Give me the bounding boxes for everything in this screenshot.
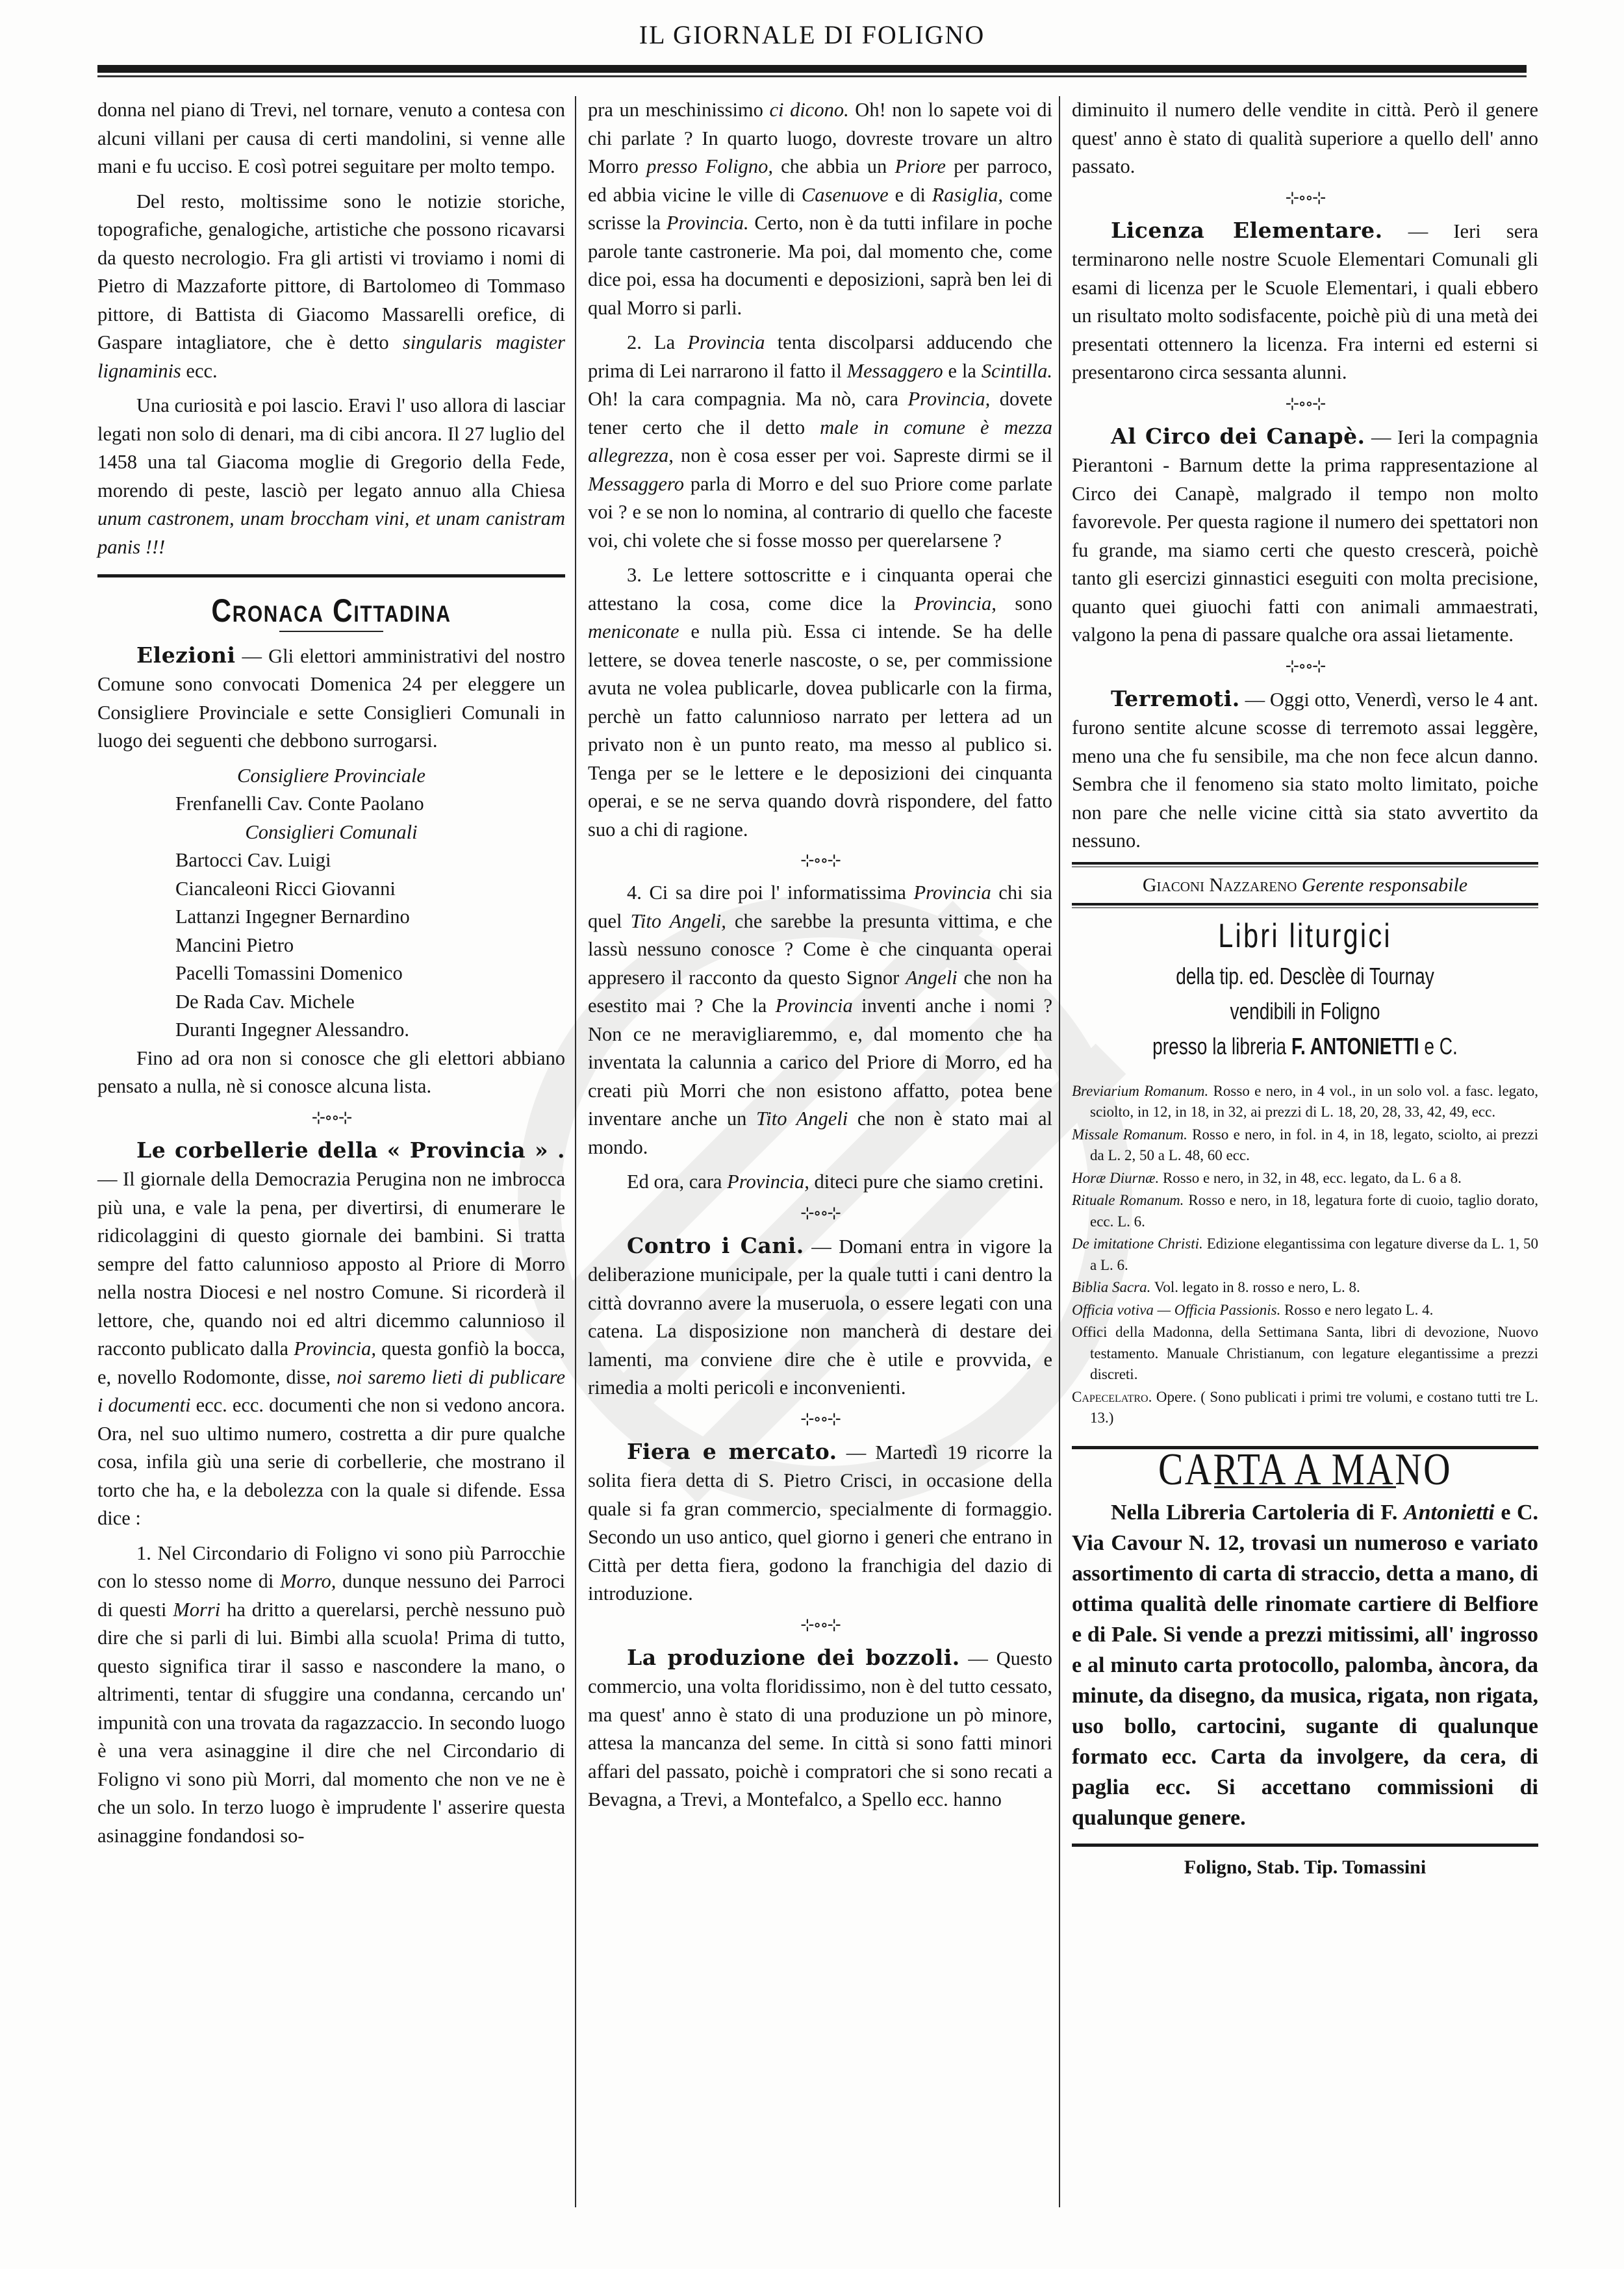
list-item: Breviarium Romanum. Rosso e nero, in 4 v…	[1072, 1081, 1538, 1123]
ornament-divider-icon: ⊹∘∘⊹	[588, 1409, 1052, 1430]
ornament-divider-icon: ⊹∘∘⊹	[588, 850, 1052, 871]
list-item: Ciancaleoni Ricci Giovanni	[175, 875, 565, 904]
paragraph: 1. Nel Circondario di Foligno vi sono pi…	[97, 1540, 565, 1851]
list-item: De imitatione Christi. Edizione eleganti…	[1072, 1234, 1538, 1276]
ornament-divider-icon: ⊹∘∘⊹	[97, 1108, 565, 1128]
paragraph: diminuito il numero delle vendite in cit…	[1072, 96, 1538, 181]
list-item: Frenfanelli Cav. Conte Paolano	[175, 790, 565, 818]
paragraph: 3. Le lettere sottoscritte e i cinquanta…	[588, 561, 1052, 844]
list-item: Offici della Madonna, della Settimana Sa…	[1072, 1322, 1538, 1386]
article-heading: Fiera e mercato.	[627, 1439, 837, 1464]
list-item: De Rada Cav. Michele	[175, 988, 565, 1017]
ad-libri-subtitle: presso la libreria F. ANTONIETTI e C.	[1123, 1029, 1487, 1064]
list-item: Officia votiva — Officia Passionis. Ross…	[1072, 1300, 1538, 1321]
section-rule	[1072, 1844, 1538, 1847]
section-rule	[97, 574, 565, 577]
ornament-divider-icon: ⊹∘∘⊹	[1072, 656, 1538, 677]
ad-libri-title: Libri liturgici	[1119, 922, 1491, 951]
section-title-cronaca: Cronaca Cittadina	[133, 597, 530, 626]
list-item: Mancini Pietro	[175, 932, 565, 960]
ad-carta-title: CARTA A MANO	[1114, 1456, 1497, 1484]
paragraph: donna nel piano di Trevi, nel tornare, v…	[97, 96, 565, 181]
paragraph: 2. La Provincia tenta discolparsi adduce…	[588, 329, 1052, 555]
ad-carta-body: Nella Libreria Cartoleria di F. Antoniet…	[1072, 1497, 1538, 1833]
section-rule	[1072, 903, 1538, 908]
article-corbellerie: Le corbellerie della « Provincia » . — I…	[97, 1136, 565, 1533]
newspaper-page: IL GIORNALE DI FOLIGNO donna nel piano d…	[0, 0, 1624, 2269]
gerente-responsabile: Giaconi Nazzareno Gerente responsabile	[1072, 871, 1538, 900]
short-rule	[279, 631, 383, 632]
article-fiera: Fiera e mercato. — Martedì 19 ricorre la…	[588, 1438, 1052, 1608]
article-heading: Contro i Cani.	[627, 1233, 804, 1258]
article-licenza: Licenza Elementare. — Ieri sera terminar…	[1072, 216, 1538, 387]
paragraph: Fino ad ora non si conosce che gli elett…	[97, 1045, 565, 1101]
ornament-divider-icon: ⊹∘∘⊹	[588, 1203, 1052, 1224]
list-item: Capecelatro. Opere. ( Sono publicati i p…	[1072, 1387, 1538, 1429]
comunali-list: Bartocci Cav. Luigi Ciancaleoni Ricci Gi…	[175, 846, 565, 1045]
article-elezioni: Elezioni — Gli elettori amministrativi d…	[97, 641, 565, 755]
ornament-divider-icon: ⊹∘∘⊹	[1072, 188, 1538, 209]
list-heading: Consigliere Provinciale	[97, 762, 565, 791]
article-heading: Licenza Elementare.	[1111, 218, 1383, 243]
list-item: Lattanzi Ingegner Bernardino	[175, 903, 565, 932]
ad-libri-subtitle: vendibili in Foligno	[1123, 994, 1487, 1029]
article-bozzoli: La produzione dei bozzoli. — Questo comm…	[588, 1643, 1052, 1814]
ornament-divider-icon: ⊹∘∘⊹	[588, 1615, 1052, 1636]
paragraph: Del resto, moltissime sono le notizie st…	[97, 188, 565, 386]
masthead-rule-thin	[97, 75, 1527, 77]
paragraph: Una curiosità e poi lascio. Eravi l' uso…	[97, 392, 565, 561]
list-heading: Consiglieri Comunali	[97, 818, 565, 847]
ornament-divider-icon: ⊹∘∘⊹	[1072, 394, 1538, 414]
article-heading: La produzione dei bozzoli.	[627, 1645, 960, 1670]
list-item: Bartocci Cav. Luigi	[175, 846, 565, 875]
article-heading: Elezioni	[136, 642, 236, 668]
list-item: Pacelli Tomassini Domenico	[175, 959, 565, 988]
ad-libri-subtitle: della tip. ed. Desclèe di Tournay	[1123, 959, 1487, 994]
section-rule	[1072, 862, 1538, 867]
ad-libri-list: Breviarium Romanum. Rosso e nero, in 4 v…	[1072, 1081, 1538, 1429]
provinciale-list: Frenfanelli Cav. Conte Paolano	[175, 790, 565, 818]
paragraph: Ed ora, cara Provincia, diteci pure che …	[588, 1168, 1052, 1197]
article-heading: Terremoti.	[1111, 686, 1240, 711]
list-item: Duranti Ingegner Alessandro.	[175, 1016, 565, 1045]
column-3: diminuito il numero delle vendite in cit…	[1072, 96, 1538, 1882]
column-separator	[1059, 96, 1060, 2207]
paragraph: 4. Ci sa dire poi l' informatissima Prov…	[588, 879, 1052, 1161]
article-heading: Le corbellerie della « Provincia » .	[136, 1137, 565, 1163]
paragraph: pra un meschinissimo ci dicono. Oh! non …	[588, 96, 1052, 322]
column-separator	[575, 96, 576, 2207]
column-2: pra un meschinissimo ci dicono. Oh! non …	[588, 96, 1052, 1821]
list-item: Missale Romanum. Rosso e nero, in fol. i…	[1072, 1124, 1538, 1167]
printer-imprint: Foligno, Stab. Tip. Tomassini	[1072, 1853, 1538, 1882]
list-item: Rituale Romanum. Rosso e nero, in 18, le…	[1072, 1190, 1538, 1232]
masthead-rule	[97, 65, 1527, 73]
article-cani: Contro i Cani. — Domani entra in vigore …	[588, 1232, 1052, 1402]
list-item: Biblia Sacra. Vol. legato in 8. rosso e …	[1072, 1277, 1538, 1299]
masthead-title: IL GIORNALE DI FOLIGNO	[0, 19, 1624, 50]
article-circo: Al Circo dei Canapè. — Ieri la compagnia…	[1072, 422, 1538, 650]
article-heading: Al Circo dei Canapè.	[1111, 424, 1365, 449]
column-1: donna nel piano di Trevi, nel tornare, v…	[97, 96, 565, 1857]
list-item: Horæ Diurnæ. Rosso e nero, in 32, in 48,…	[1072, 1168, 1538, 1189]
article-terremoti: Terremoti. — Oggi otto, Venerdì, verso l…	[1072, 685, 1538, 856]
